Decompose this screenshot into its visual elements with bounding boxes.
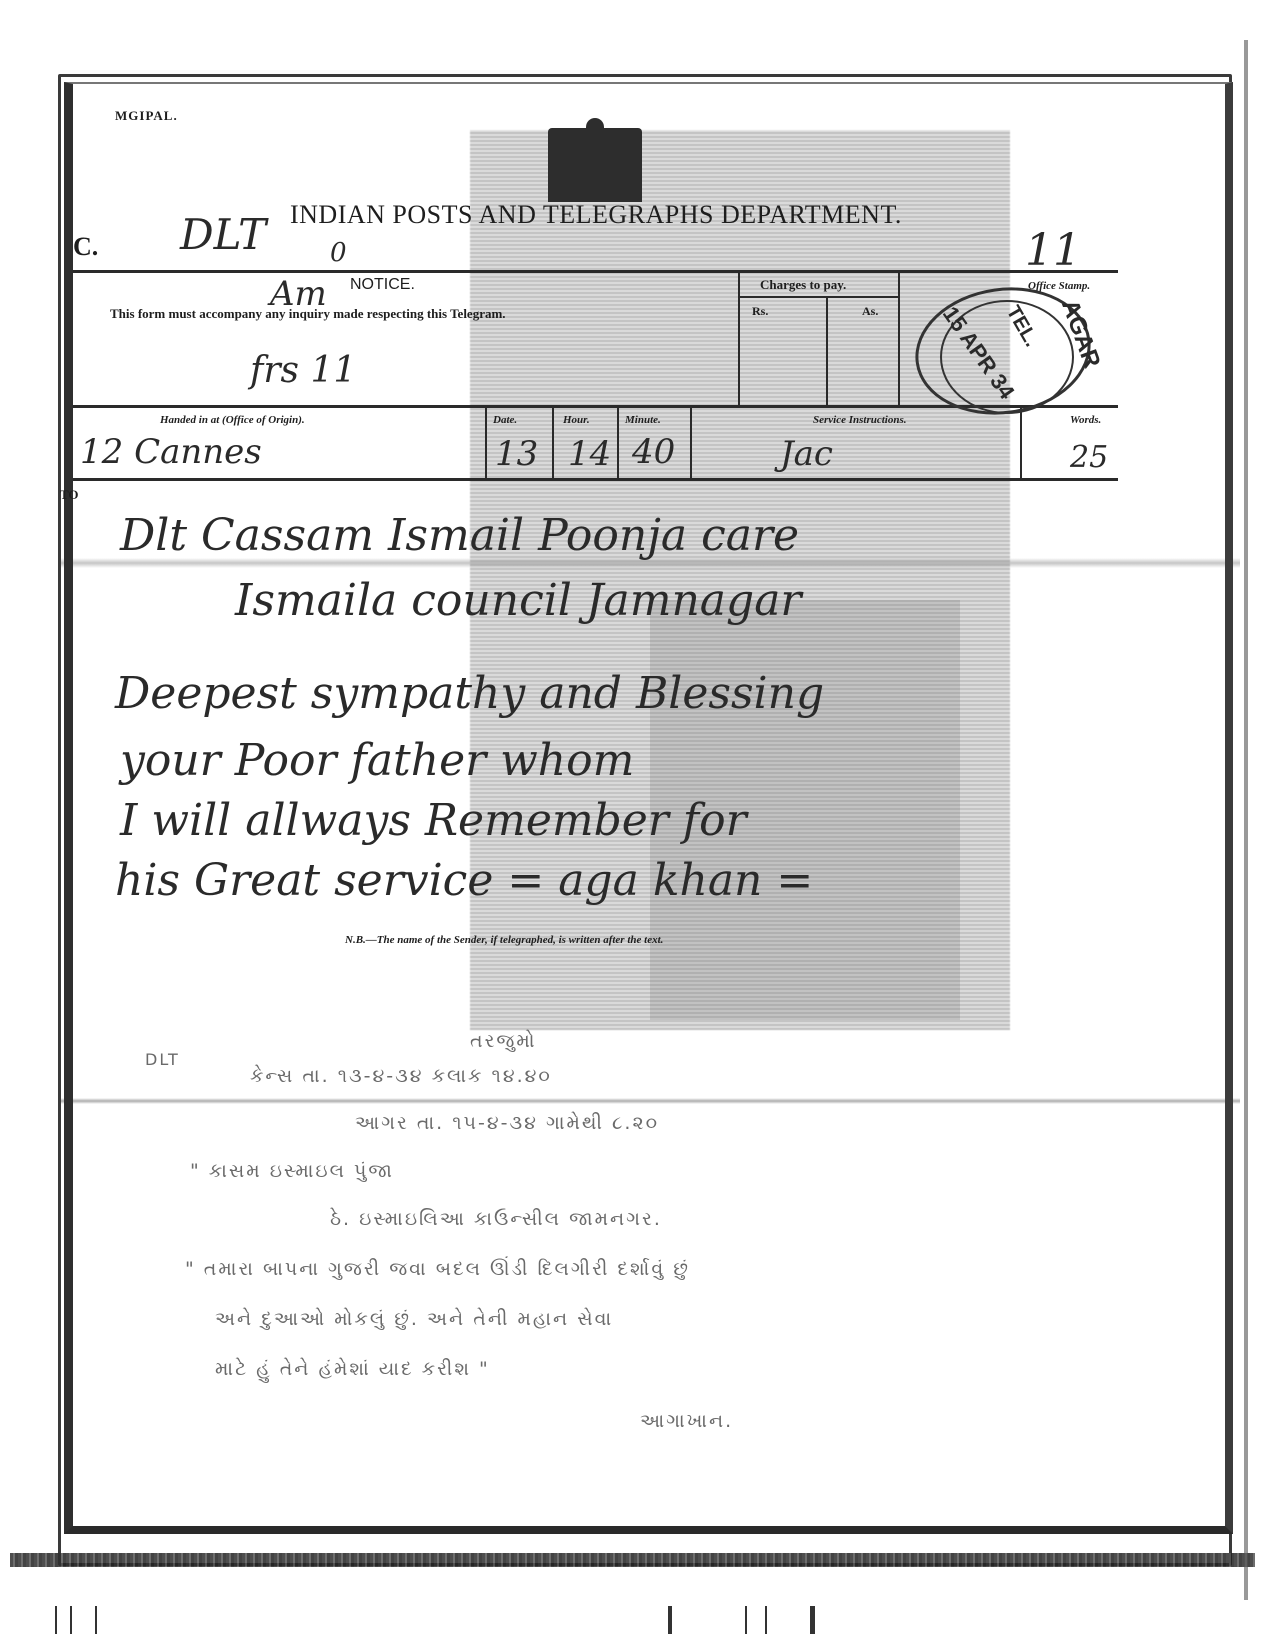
scan-mark	[55, 1606, 57, 1634]
words-count: 25	[1070, 440, 1108, 475]
divider-charges-left	[738, 270, 740, 405]
message-line: his Great service = aga khan =	[115, 855, 813, 906]
rupees-label: Rs.	[752, 304, 768, 319]
divider-charges-right	[898, 270, 900, 405]
origin-label: Handed in at (Office of Origin).	[160, 414, 305, 426]
divider-hour	[552, 405, 554, 478]
address-line: Dlt Cassam Ismail Poonja care	[120, 510, 799, 561]
scan-mark	[765, 1606, 767, 1634]
divider-minute	[617, 405, 619, 478]
scan-mark	[810, 1606, 815, 1634]
minute-label: Minute.	[625, 414, 661, 426]
scan-mark	[745, 1606, 747, 1634]
date-label: Date.	[493, 414, 517, 426]
form-letter: C.	[73, 232, 98, 262]
translation-signature: આગાખાન.	[640, 1410, 733, 1432]
annas-label: As.	[862, 304, 878, 319]
charges-title: Charges to pay.	[760, 277, 846, 293]
document-bottom-edge	[10, 1553, 1255, 1567]
words-label: Words.	[1070, 414, 1101, 426]
divider-words	[1020, 405, 1022, 478]
translation-line: માટે હું તેને હંમેશાં યાદ કરીશ "	[215, 1358, 490, 1380]
message-line: your Poor father whom	[120, 735, 634, 786]
scan-mark	[668, 1606, 672, 1634]
translation-line: ઠે. ઇસ્માઇલિઆ કાઉન્સીલ જામનગર.	[330, 1208, 662, 1230]
handwritten-initials: Am	[270, 274, 327, 314]
translation-line: કેન્સ તા. ૧૩-૪-૩૪ કલાક ૧૪.૪૦	[250, 1065, 552, 1087]
translation-line: અને દુઆઓ મોકલું છું. અને તેની મહાન સેવા	[215, 1308, 613, 1330]
minute-value: 40	[632, 432, 675, 472]
rule-charges	[738, 296, 898, 298]
emblem-icon	[548, 128, 642, 202]
department-title: INDIAN POSTS AND TELEGRAPHS DEPARTMENT.	[290, 200, 902, 230]
handwritten-mark: 0	[330, 238, 347, 268]
to-label: TO	[60, 487, 79, 503]
origin-value: 12 Cannes	[80, 432, 262, 472]
scan-mark	[95, 1606, 97, 1634]
translation-line: " કાસમ ઇસ્માઇલ પુંજા	[190, 1160, 394, 1182]
message-line: Deepest sympathy and Blessing	[115, 668, 824, 719]
handwritten-note: frs 11	[250, 350, 356, 391]
service-instructions-value: Jac	[780, 434, 833, 474]
translation-heading: તરજુમો	[470, 1030, 537, 1052]
divider-charges-mid	[826, 296, 828, 405]
translation-line: આગર તા. ૧૫-૪-૩૪ ગામેથી ૮.૨૦	[355, 1112, 659, 1134]
document-right-edge	[1244, 40, 1248, 1600]
handwritten-dlt: DLT	[180, 210, 266, 259]
divider-date	[485, 405, 487, 478]
hour-label: Hour.	[563, 414, 590, 426]
service-instructions-label: Service Instructions.	[813, 414, 907, 426]
press-code: MGIPAL.	[115, 108, 178, 124]
address-line: Ismaila council Jamnagar	[235, 575, 801, 626]
scan-mark	[70, 1606, 72, 1634]
translation-margin-note: DLT	[145, 1050, 180, 1069]
translation-line: " તમારા બાપના ગુજરી જવા બદલ ઊંડી દિલગીરી…	[185, 1258, 690, 1280]
handwritten-number-top-right: 11	[1025, 225, 1081, 276]
rule-top	[73, 270, 1118, 273]
date-value: 13	[495, 434, 538, 474]
divider-service	[690, 405, 692, 478]
rule-bottom	[73, 478, 1118, 481]
notice-title: NOTICE.	[350, 276, 415, 294]
sender-footnote: N.B.—The name of the Sender, if telegrap…	[345, 934, 663, 946]
message-line: I will allways Remember for	[120, 795, 747, 846]
hour-value: 14	[568, 434, 611, 474]
